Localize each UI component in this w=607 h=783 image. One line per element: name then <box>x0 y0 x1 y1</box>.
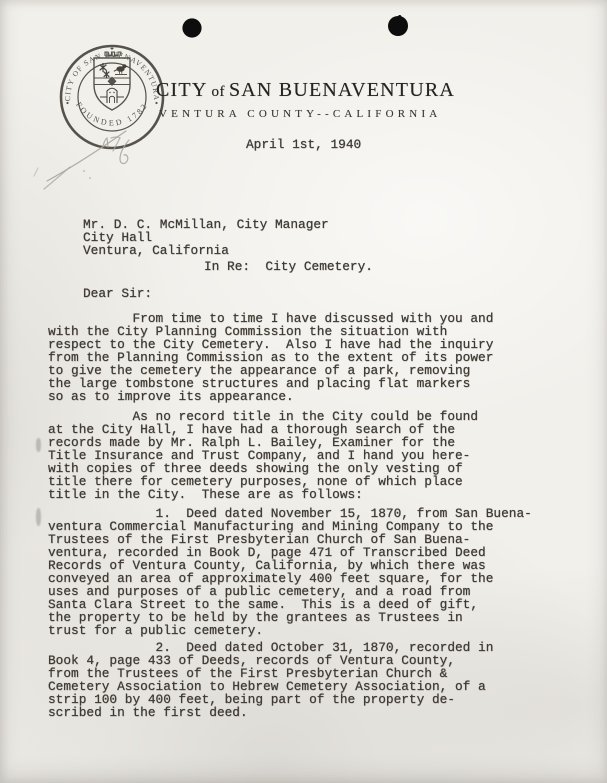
svg-text:FOUNDED 1782: FOUNDED 1782 <box>74 100 150 127</box>
seal-ring-bottom-text: FOUNDED 1782 <box>74 100 150 127</box>
body-paragraph-3: 1. Deed dated November 15, 1870, from Sa… <box>48 507 532 637</box>
punch-dot-left-icon <box>181 17 203 39</box>
letterhead-title-of: of <box>211 84 225 100</box>
letterhead-subtitle: VENTURA COUNTY--CALIFORNIA <box>159 108 441 120</box>
scanned-letter-page: CITY OF SAN BUENAVENTURA FOUNDED 1782 <box>0 0 607 783</box>
punch-dot-right-icon <box>386 13 410 39</box>
handwritten-pencil-marks <box>25 125 140 200</box>
subject-line: In Re: City Cemetery. <box>204 260 373 273</box>
body-paragraph-2: As no record title in the City could be … <box>48 410 478 501</box>
scan-smudge <box>36 508 41 526</box>
body-paragraph-4: 2. Deed dated October 31, 1870, recorded… <box>48 641 493 719</box>
letterhead-title: CITYofSAN BUENAVENTURA <box>156 79 455 102</box>
letterhead-title-rest: SAN BUENAVENTURA <box>229 79 455 101</box>
letterhead-title-city: CITY <box>156 79 207 101</box>
body-paragraph-1: From time to time I have discussed with … <box>48 312 493 403</box>
date-line: April 1st, 1940 <box>246 138 361 151</box>
salutation: Dear Sir: <box>83 287 152 300</box>
recipient-address: Mr. D. C. McMillan, City Manager City Ha… <box>83 218 329 257</box>
scan-smudge <box>36 438 41 452</box>
